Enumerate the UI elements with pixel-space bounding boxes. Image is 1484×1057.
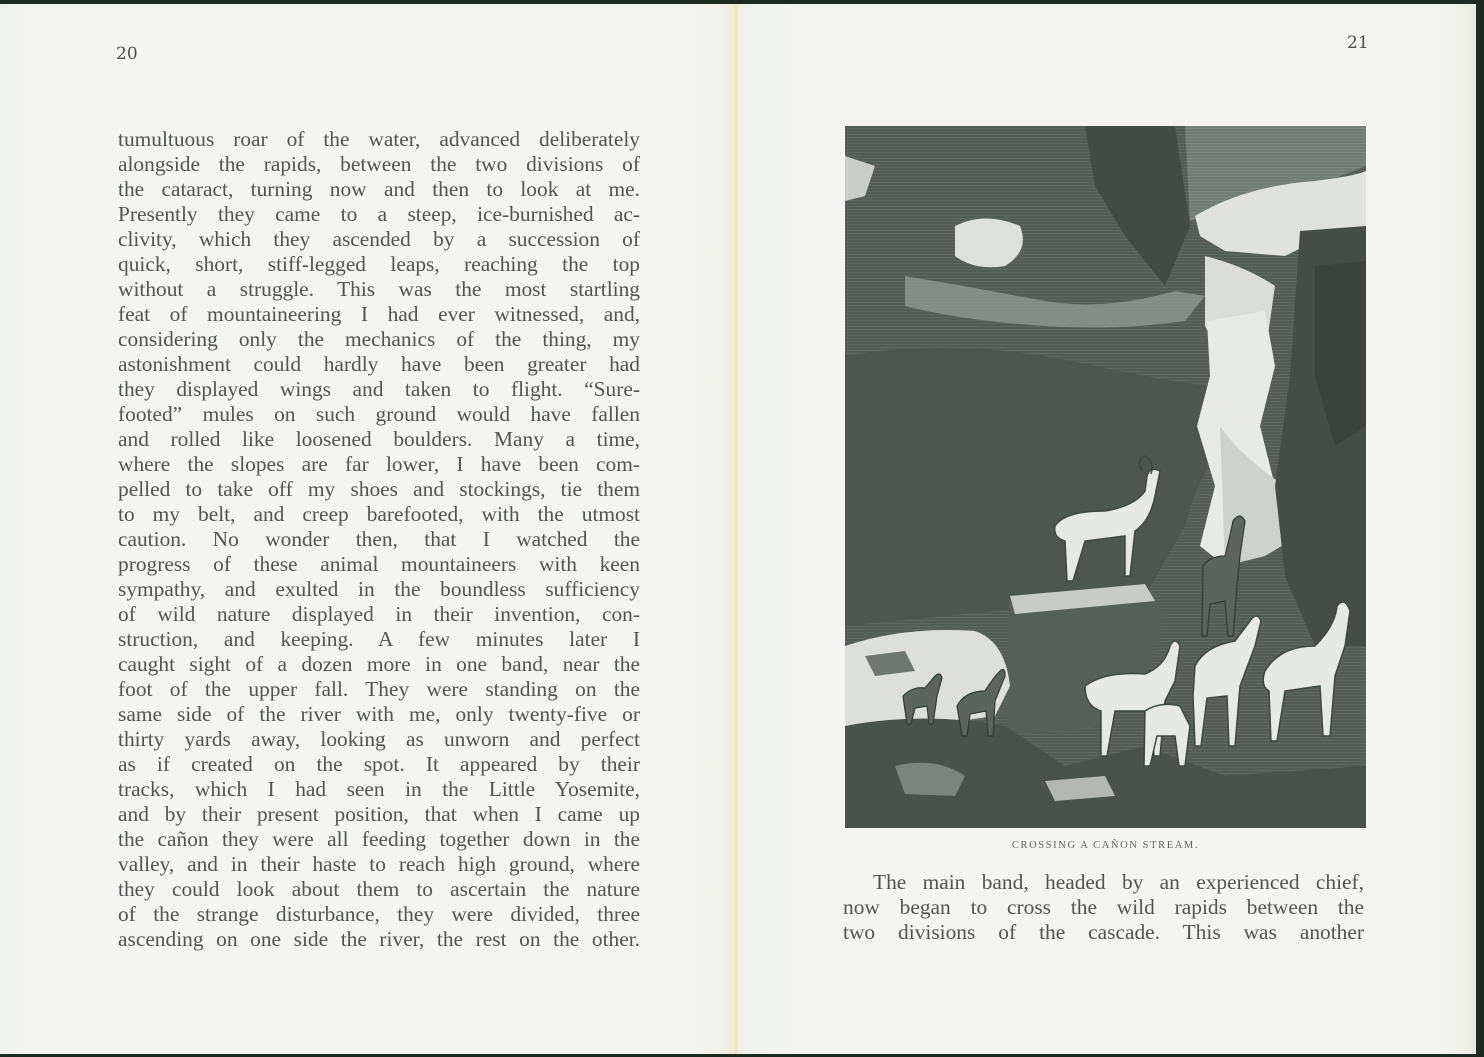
text-line: now began to cross the wild rapids betwe… [843,895,1364,920]
text-line: thirty yards away, looking as unworn and… [118,727,640,752]
text-line: pelled to take off my shoes and stocking… [118,477,640,502]
text-line: they could look about them to ascertain … [118,877,640,902]
text-line: and rolled like loosened boulders. Many … [118,427,640,452]
left-page-body-text: tumultuous roar of the water, advanced d… [118,127,640,952]
text-line: and by their present position, that when… [118,802,640,827]
text-line: two divisions of the cascade. This was a… [843,920,1364,945]
text-line: valley, and in their haste to reach high… [118,852,640,877]
text-line: progress of these animal mountaineers wi… [118,552,640,577]
text-line: tumultuous roar of the water, advanced d… [118,127,640,152]
book-gutter [732,4,740,1054]
page-number-right: 21 [1347,33,1369,53]
text-line: considering only the mechanics of the th… [118,327,640,352]
text-line: caution. No wonder then, that I watched … [118,527,640,552]
text-line: The main band, headed by an experienced … [843,870,1364,895]
engraving-illustration [845,126,1366,828]
text-line: caught sight of a dozen more in one band… [118,652,640,677]
text-line: clivity, which they ascended by a succes… [118,227,640,252]
text-line: to my belt, and creep barefooted, with t… [118,502,640,527]
text-line: astonishment could hardly have been grea… [118,352,640,377]
text-line: as if created on the spot. It appeared b… [118,752,640,777]
text-line: foot of the upper fall. They were standi… [118,677,640,702]
text-line: of wild nature displayed in their invent… [118,602,640,627]
text-line: where the slopes are far lower, I have b… [118,452,640,477]
text-line: they displayed wings and taken to flight… [118,377,640,402]
text-line: of the strange disturbance, they were di… [118,902,640,927]
text-line: the cataract, turning now and then to lo… [118,177,640,202]
illustration-caption: CROSSING A CAÑON STREAM. [845,840,1366,851]
text-line: quick, short, stiff-legged leaps, reachi… [118,252,640,277]
text-line: Presently they came to a steep, ice-burn… [118,202,640,227]
text-line: alongside the rapids, between the two di… [118,152,640,177]
right-page-body-text: The main band, headed by an experienced … [843,870,1364,945]
text-line: without a struggle. This was the most st… [118,277,640,302]
mountain-sheep-engraving-image [845,126,1366,828]
page-edge [1476,0,1484,1057]
text-line: feat of mountaineering I had ever witnes… [118,302,640,327]
text-line: same side of the river with me, only twe… [118,702,640,727]
text-line: the cañon they were all feeding together… [118,827,640,852]
text-line: sympathy, and exulted in the boundless s… [118,577,640,602]
text-line: footed” mules on such ground would have … [118,402,640,427]
book-spread: 20 21 tumultuous roar of the water, adva… [0,0,1484,1057]
text-line: struction, and keeping. A few minutes la… [118,627,640,652]
page-number-left: 20 [116,44,138,64]
text-line: ascending on one side the river, the res… [118,927,640,952]
text-line: tracks, which I had seen in the Little Y… [118,777,640,802]
